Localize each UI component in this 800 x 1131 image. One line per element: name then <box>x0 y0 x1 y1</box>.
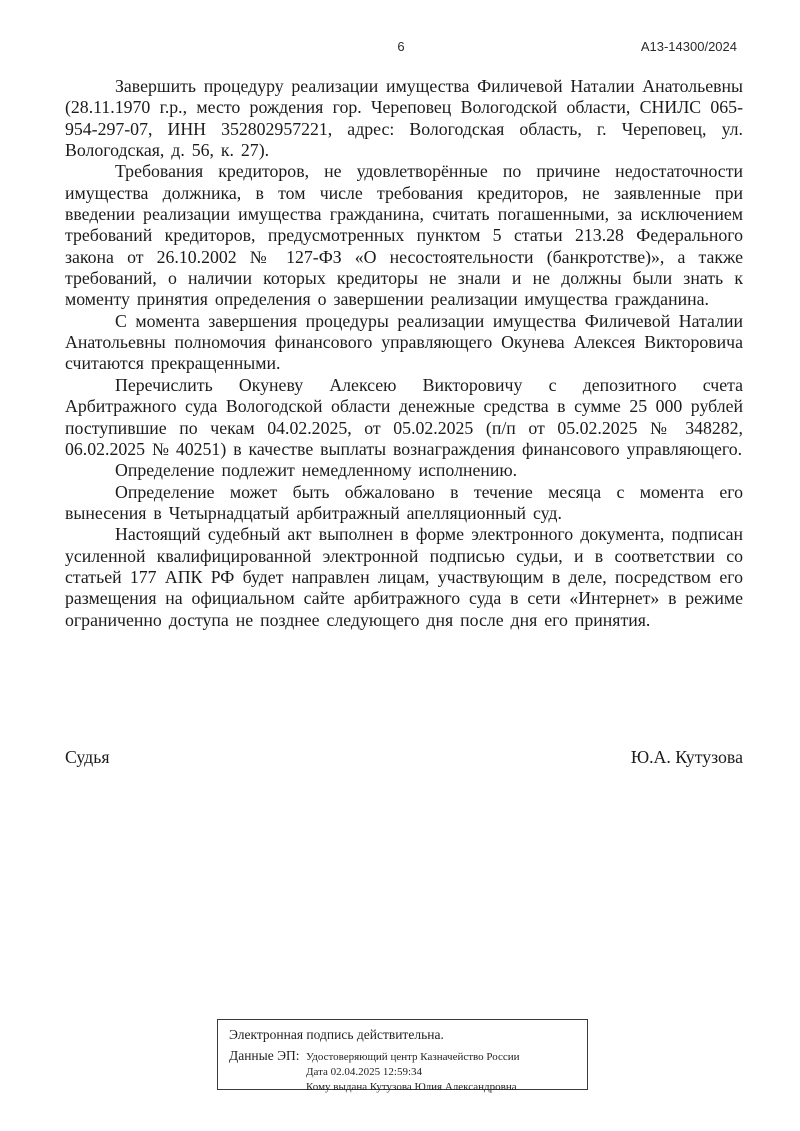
stamp-validity-text: Электронная подпись действительна. <box>229 1027 579 1043</box>
paragraph-appeal-terms: Определение может быть обжаловано в тече… <box>65 482 743 525</box>
stamp-details: Удостоверяющий центр Казначейство России… <box>306 1048 520 1095</box>
judge-label: Судья <box>65 747 110 768</box>
case-number: А13-14300/2024 <box>641 39 737 54</box>
paragraph-electronic-document-notice: Настоящий судебный акт выполнен в форме … <box>65 524 743 631</box>
signature-row: Судья Ю.А. Кутузова <box>65 747 743 768</box>
page-header: 6 А13-14300/2024 <box>65 39 737 55</box>
judge-name: Ю.А. Кутузова <box>631 747 743 768</box>
stamp-detail-date: Дата 02.04.2025 12:59:34 <box>306 1065 520 1080</box>
document-body: Завершить процедуру реализации имущества… <box>65 76 743 631</box>
paragraph-manager-powers-terminated: С момента завершения процедуры реализаци… <box>65 311 743 375</box>
stamp-data-label: Данные ЭП: <box>229 1048 306 1095</box>
electronic-signature-stamp: Электронная подпись действительна. Данны… <box>217 1019 588 1090</box>
stamp-detail-authority: Удостоверяющий центр Казначейство России <box>306 1050 520 1065</box>
page-number: 6 <box>65 39 737 54</box>
paragraph-immediate-execution: Определение подлежит немедленному исполн… <box>65 460 743 481</box>
stamp-detail-issued-to: Кому выдана Кутузова Юлия Александровна <box>306 1080 520 1095</box>
paragraph-transfer-funds: Перечислить Окуневу Алексею Викторовичу … <box>65 375 743 460</box>
stamp-data-row: Данные ЭП: Удостоверяющий центр Казначей… <box>229 1048 579 1095</box>
paragraph-creditor-claims: Требования кредиторов, не удовлетворённы… <box>65 161 743 310</box>
document-page: 6 А13-14300/2024 Завершить процедуру реа… <box>0 0 800 1131</box>
paragraph-complete-procedure: Завершить процедуру реализации имущества… <box>65 76 743 161</box>
